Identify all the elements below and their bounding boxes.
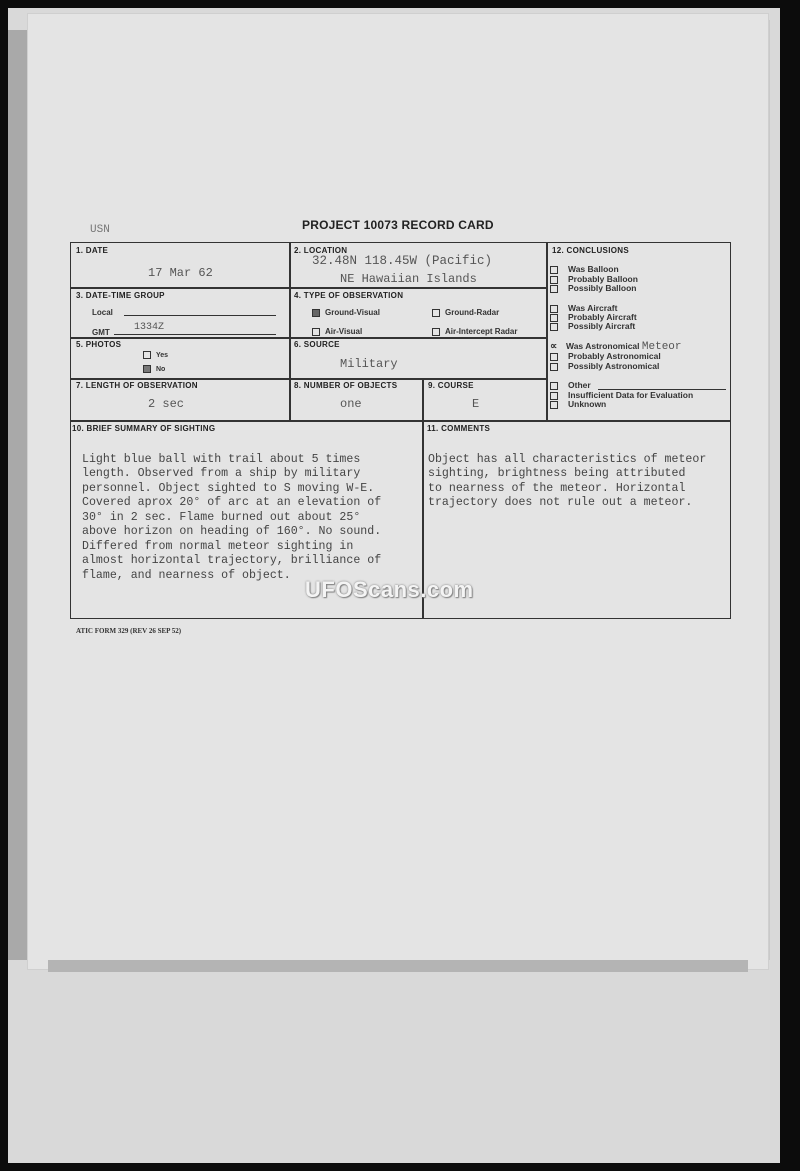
date-time-group-label: 3. DATE-TIME GROUP <box>76 291 165 300</box>
scan-edge-bottom <box>48 960 748 972</box>
watermark: UFOScans.com <box>305 577 474 603</box>
brief-summary-label: 10. BRIEF SUMMARY OF SIGHTING <box>72 424 215 433</box>
date-label: 1. DATE <box>76 246 108 255</box>
divider <box>71 378 546 380</box>
checkbox-checked-icon <box>312 309 320 317</box>
checkbox-icon <box>432 328 440 336</box>
checkbox-icon <box>550 382 558 390</box>
scan-edge-left <box>8 30 28 960</box>
location-coordinates: 32.48N 118.45W (Pacific) <box>312 254 492 268</box>
conclusion-possibly-astronomical[interactable]: Possibly Astronomical <box>550 362 659 371</box>
checkbox-icon <box>550 266 558 274</box>
location-region: NE Hawaiian Islands <box>340 272 477 286</box>
card-title: PROJECT 10073 RECORD CARD <box>302 218 494 232</box>
photos-no[interactable]: No <box>143 365 165 373</box>
length-of-observation-label: 7. LENGTH OF OBSERVATION <box>76 381 198 390</box>
gmt-label: GMT <box>92 328 110 337</box>
checkbox-icon <box>550 323 558 331</box>
type-of-observation-label: 4. TYPE OF OBSERVATION <box>294 291 403 300</box>
gmt-value: 1334Z <box>134 322 164 333</box>
photos-yes[interactable]: Yes <box>143 351 168 359</box>
checkbox-icon <box>550 314 558 322</box>
course-label: 9. COURSE <box>428 381 474 390</box>
divider <box>71 337 546 339</box>
number-of-objects-value: one <box>340 397 362 411</box>
local-field-line <box>124 315 276 316</box>
checkbox-icon <box>550 363 558 371</box>
option-air-intercept-radar[interactable]: Air-Intercept Radar <box>432 327 517 336</box>
local-label: Local <box>92 308 113 317</box>
conclusion-other[interactable]: Other <box>550 381 591 390</box>
conclusion-possibly-balloon[interactable]: Possibly Balloon <box>550 284 637 293</box>
conclusion-possibly-aircraft[interactable]: Possibly Aircraft <box>550 322 635 331</box>
checkbox-icon <box>550 353 558 361</box>
date-value: 17 Mar 62 <box>148 266 213 280</box>
checkbox-icon <box>550 305 558 313</box>
form-footer: ATIC FORM 329 (REV 26 SEP 52) <box>76 627 181 635</box>
checkbox-icon <box>550 285 558 293</box>
conclusion-probably-astronomical[interactable]: Probably Astronomical <box>550 352 661 361</box>
divider <box>71 420 731 422</box>
brief-summary-text: Light blue ball with trail about 5 times… <box>82 438 381 598</box>
checkbox-icon <box>143 351 151 359</box>
checkbox-icon <box>550 276 558 284</box>
length-of-observation-value: 2 sec <box>148 397 184 411</box>
comments-label: 11. COMMENTS <box>427 424 490 433</box>
course-value: E <box>472 397 479 411</box>
divider <box>71 287 546 289</box>
agency-code: USN <box>90 224 110 236</box>
checkbox-icon <box>550 392 558 400</box>
divider <box>546 243 548 420</box>
source-value: Military <box>340 357 398 371</box>
number-of-objects-label: 8. NUMBER OF OBJECTS <box>294 381 397 390</box>
conclusions-label: 12. CONCLUSIONS <box>552 246 629 255</box>
gmt-field-line <box>114 334 276 335</box>
divider <box>289 243 291 420</box>
option-ground-radar[interactable]: Ground-Radar <box>432 308 499 317</box>
checkbox-icon <box>432 309 440 317</box>
option-air-visual[interactable]: Air-Visual <box>312 327 362 336</box>
checkbox-icon <box>550 401 558 409</box>
comments-text: Object has all characteristics of meteor… <box>428 438 706 525</box>
source-label: 6. SOURCE <box>294 340 340 349</box>
checkbox-checked-icon: ∝ <box>550 344 556 350</box>
conclusion-was-balloon[interactable]: Was Balloon <box>550 265 619 274</box>
checkbox-checked-icon <box>143 365 151 373</box>
checkbox-icon <box>312 328 320 336</box>
conclusion-unknown[interactable]: Unknown <box>550 400 606 409</box>
option-ground-visual[interactable]: Ground-Visual <box>312 308 380 317</box>
photos-label: 5. PHOTOS <box>76 340 121 349</box>
